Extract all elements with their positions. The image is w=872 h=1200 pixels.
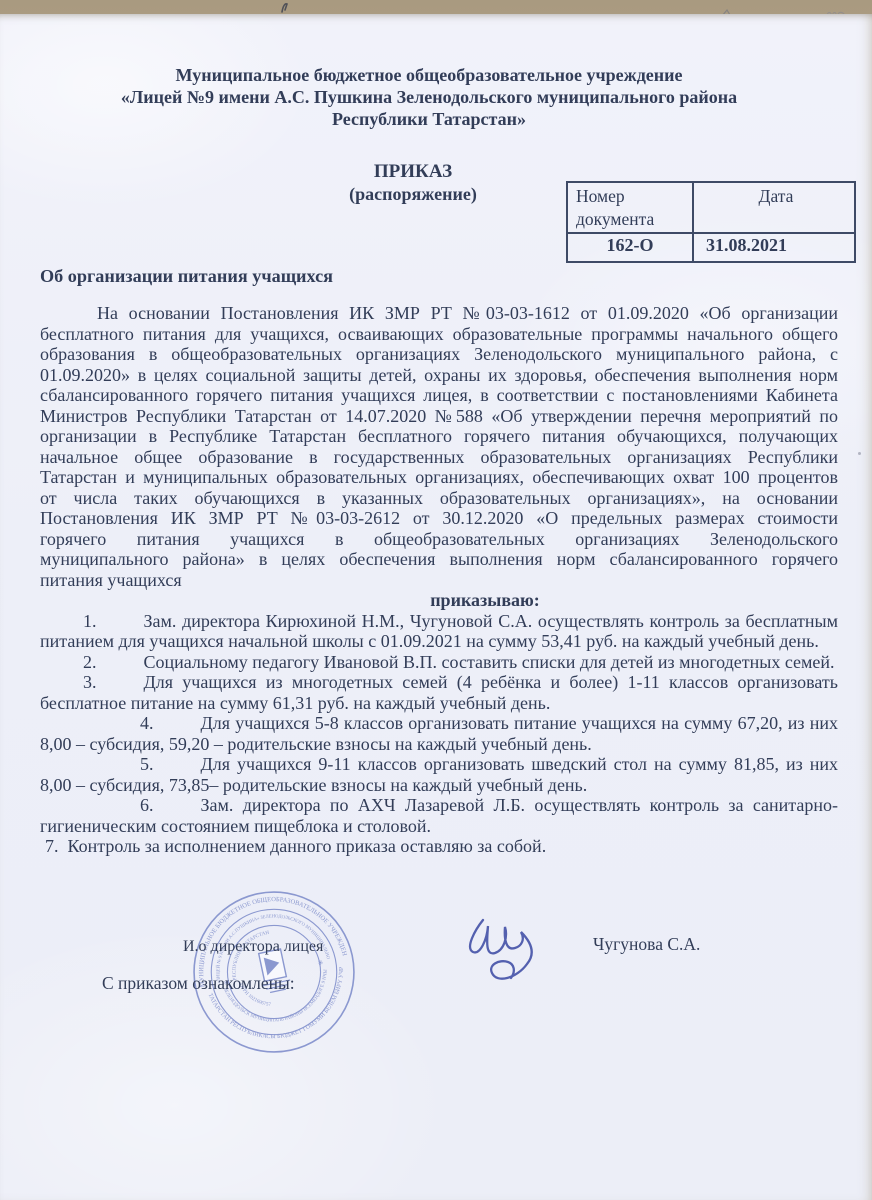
date-header-cell: Дата bbox=[693, 182, 855, 233]
paper-page: Муниципальное бюджетное общеобразователь… bbox=[0, 14, 872, 1200]
scan-speck bbox=[858, 452, 861, 455]
item-6-text: Зам. директора по АХЧ Лазаревой Л.Б. осу… bbox=[40, 795, 838, 836]
pen-mark bbox=[279, 1, 293, 14]
document-number: 162-О bbox=[567, 233, 693, 262]
scanned-order-document: Муниципальное бюджетное общеобразователь… bbox=[0, 0, 872, 1200]
acknowledgement-line: С приказом ознакомлены: bbox=[102, 973, 295, 994]
official-round-stamp: МУНИЦИПАЛЬНОЕ БЮДЖЕТНОЕ ОБЩЕОБРАЗОВАТЕЛЬ… bbox=[188, 886, 360, 1058]
item-5-number: 5. bbox=[140, 754, 154, 774]
order-item-1: 1.Зам. директора Кирюхиной Н.М., Чугунов… bbox=[40, 611, 838, 652]
preamble-last-line: питания учащихся bbox=[40, 570, 838, 591]
table-header-row: Номер документа Дата bbox=[567, 182, 855, 233]
table-value-row: 162-О 31.08.2021 bbox=[567, 233, 855, 262]
organization-name: Муниципальное бюджетное общеобразователь… bbox=[0, 64, 858, 130]
item-5-text: Для учащихся 9-11 классов организовать ш… bbox=[40, 754, 838, 795]
org-line-1: Муниципальное бюджетное общеобразователь… bbox=[0, 64, 858, 86]
org-line-2: «Лицей №9 имени А.С. Пушкина Зеленодольс… bbox=[0, 86, 858, 108]
order-item-6: 6.Зам. директора по АХЧ Лазаревой Л.Б. о… bbox=[40, 795, 838, 836]
preamble-paragraph: На основании Постановления ИК ЗМР РТ №03… bbox=[40, 303, 838, 570]
number-header-cell: Номер документа bbox=[567, 182, 693, 233]
item-7-text: Контроль за исполнением данного приказа … bbox=[68, 836, 547, 856]
item-3-number: 3. bbox=[83, 672, 97, 692]
order-body: На основании Постановления ИК ЗМР РТ №03… bbox=[40, 303, 838, 857]
handwritten-signature bbox=[447, 912, 553, 1002]
document-date: 31.08.2021 bbox=[693, 233, 855, 262]
signatory-role: И.о директора лицея bbox=[183, 938, 323, 956]
item-6-number: 6. bbox=[140, 795, 154, 815]
item-7-number: 7. bbox=[45, 836, 59, 856]
stamp-right-star: ✳ bbox=[317, 959, 325, 968]
order-word: приказываю: bbox=[40, 590, 838, 611]
item-1-number: 1. bbox=[83, 611, 97, 631]
item-3-text: Для учащихся из многодетных семей (4 реб… bbox=[40, 672, 838, 713]
order-item-4: 4.Для учащихся 5-8 классов организовать … bbox=[40, 713, 838, 754]
item-4-number: 4. bbox=[140, 713, 154, 733]
order-item-5: 5.Для учащихся 9-11 классов организовать… bbox=[40, 754, 838, 795]
signatory-name: Чугунова С.А. bbox=[593, 934, 700, 955]
order-item-3: 3.Для учащихся из многодетных семей (4 р… bbox=[40, 672, 838, 713]
doc-type-title: ПРИКАЗ bbox=[0, 160, 826, 183]
order-item-2: 2.Социальному педагогу Ивановой В.П. сос… bbox=[40, 652, 838, 673]
org-line-3: Республики Татарстан» bbox=[0, 108, 858, 130]
item-4-text: Для учащихся 5-8 классов организовать пи… bbox=[40, 713, 838, 754]
order-item-7: 7.Контроль за исполнением данного приказ… bbox=[40, 836, 838, 857]
item-2-text: Социальному педагогу Ивановой В.П. соста… bbox=[144, 652, 835, 672]
order-subject: Об организации питания учащихся bbox=[40, 266, 333, 287]
item-2-number: 2. bbox=[83, 652, 97, 672]
number-date-table: Номер документа Дата 162-О 31.08.2021 bbox=[566, 181, 856, 263]
item-1-text: Зам. директора Кирюхиной Н.М., Чугуновой… bbox=[40, 611, 838, 652]
